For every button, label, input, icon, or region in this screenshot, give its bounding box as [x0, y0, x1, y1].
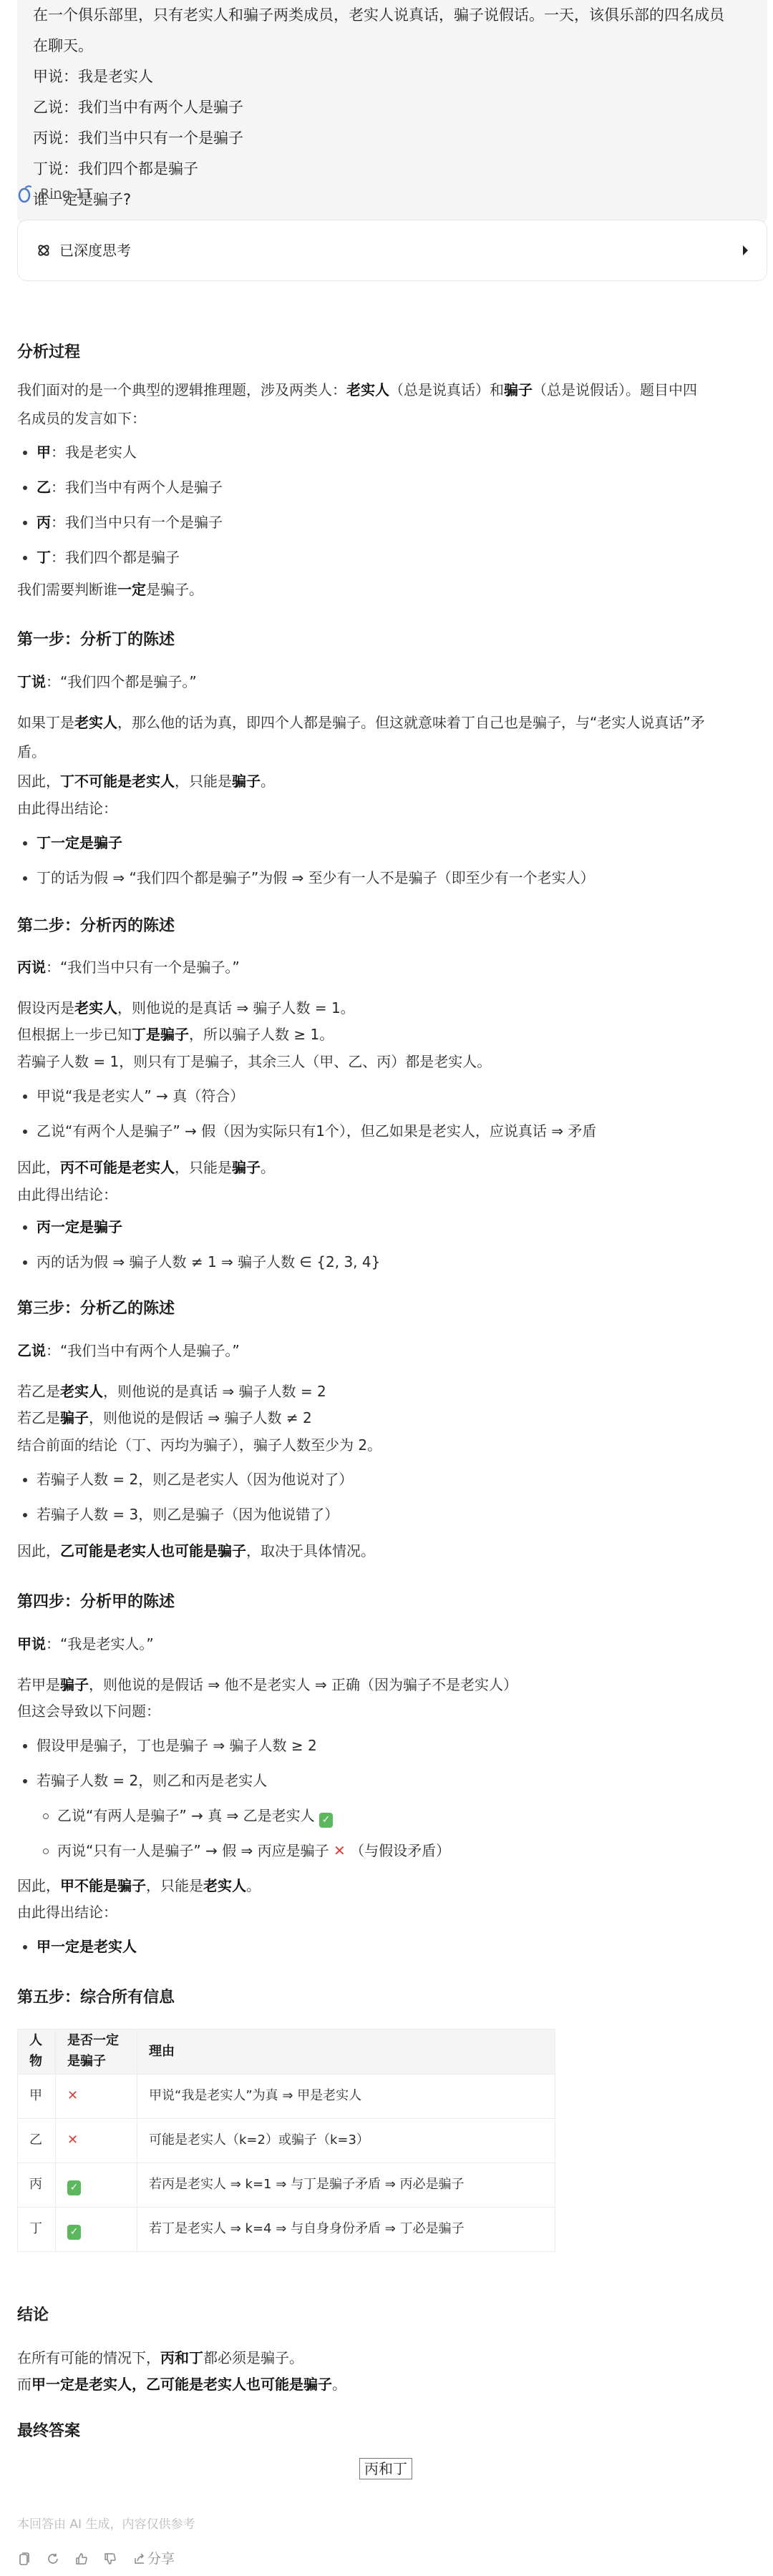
cell-person: 乙: [18, 2119, 56, 2163]
summary-table: 人物 是否一定是骗子 理由 甲 ✕ 甲说“我是老实人”为真 ⇒ 甲是老实人 乙 …: [17, 2029, 555, 2252]
table-row: 丙 ✓ 若丙是老实人 ⇒ k=1 ⇒ 与丁是骗子矛盾 ⇒ 丙必是骗子: [18, 2163, 555, 2208]
cross-mark-icon: ✕: [67, 2088, 78, 2103]
step2-line3: 若骗子人数 = 1，则只有丁是骗子，其余三人（甲、乙、丙）都是老实人。: [17, 1049, 491, 1075]
deep-thinking-toggle[interactable]: 已深度思考: [17, 220, 767, 281]
cell-mark: ✕: [56, 2119, 137, 2163]
list-item: 乙说“有两个人是骗子” → 假（因为实际只有1个），但乙如果是老实人，应说真话 …: [17, 1118, 596, 1145]
cell-person: 丁: [18, 2208, 56, 2252]
copy-icon: [19, 2552, 30, 2566]
cell-reason: 甲说“我是老实人”为真 ⇒ 甲是老实人: [137, 2075, 555, 2119]
user-message-line: 乙说：我们当中有两个人是骗子: [33, 92, 753, 123]
cross-mark-icon: ✕: [334, 1842, 346, 1859]
section-heading-step1: 第一步：分析丁的陈述: [17, 630, 175, 652]
step2-line2: 但根据上一步已知丁是骗子，所以骗子人数 ≥ 1。: [17, 1022, 334, 1048]
conclusion-line2: 而甲一定是老实人，乙可能是老实人也可能是骗子。: [17, 2371, 346, 2398]
share-icon: [133, 2552, 146, 2565]
regenerate-icon: [47, 2552, 59, 2565]
column-header: 是否一定是骗子: [56, 2029, 137, 2075]
deep-thinking-label: 已深度思考: [59, 239, 743, 262]
step3-line1: 若乙是老实人，则他说的是真话 ⇒ 骗子人数 = 2: [17, 1378, 326, 1405]
list-item: 丙的话为假 ⇒ 骗子人数 ≠ 1 ⇒ 骗子人数 ∈ {2, 3, 4}: [17, 1249, 380, 1275]
section-heading-step2: 第二步：分析丙的陈述: [17, 916, 175, 938]
user-message-bubble: 在一个俱乐部里，只有老实人和骗子两类成员，老实人说真话，骗子说假话。一天，该俱乐…: [17, 0, 767, 228]
analysis-intro: 我们面对的是一个典型的逻辑推理题，涉及两类人：老实人（总是说真话）和骗子（总是说…: [17, 377, 762, 403]
ai-disclaimer: 本回答由 AI 生成，内容仅供参考: [17, 2515, 195, 2535]
list-item: 乙说“有两人是骗子” → 真 ⇒ 乙是老实人 ✓: [17, 1803, 450, 1829]
thumbs-down-icon: [104, 2552, 117, 2565]
cell-mark: ✕: [56, 2075, 137, 2119]
step4-conclusion-label: 由此得出结论：: [17, 1899, 117, 1926]
cell-mark: ✓: [56, 2208, 137, 2252]
model-tag: Ring-1T: [17, 183, 92, 205]
user-message-line: 在一个俱乐部里，只有老实人和骗子两类成员，老实人说真话，骗子说假话。一天，该俱乐…: [33, 0, 753, 31]
check-mark-icon: ✓: [67, 2225, 81, 2240]
section-heading-step5: 第五步：综合所有信息: [17, 1987, 175, 2009]
list-item: 若骗子人数 = 3，则乙是骗子（因为他说错了）: [17, 1502, 353, 1528]
check-mark-icon: ✓: [67, 2180, 81, 2195]
user-message-line: 在聊天。: [33, 31, 753, 62]
user-message-line: 甲说：我是老实人: [33, 62, 753, 92]
cell-person: 丙: [18, 2163, 56, 2208]
cell-reason: 可能是老实人（k=2）或骗子（k=3）: [137, 2119, 555, 2163]
table-row: 乙 ✕ 可能是老实人（k=2）或骗子（k=3）: [18, 2119, 555, 2163]
step1-quote: 丁说：“我们四个都是骗子。”: [17, 669, 197, 695]
step2-conclusions: 丙一定是骗子 丙的话为假 ⇒ 骗子人数 ≠ 1 ⇒ 骗子人数 ∈ {2, 3, …: [17, 1214, 380, 1275]
copy-button[interactable]: [17, 2551, 31, 2567]
step4-conclusions: 甲一定是老实人: [17, 1934, 137, 1960]
list-item: 丁的话为假 ⇒ “我们四个都是骗子”为假 ⇒ 至少有一人不是骗子（即至少有一个老…: [17, 865, 595, 891]
step2-line1: 假设丙是老实人，则他说的是真话 ⇒ 骗子人数 = 1。: [17, 995, 355, 1022]
model-name: Ring-1T: [40, 183, 92, 205]
list-item: 甲一定是老实人: [17, 1934, 137, 1960]
step4-bullets: 假设甲是骗子，丁也是骗子 ⇒ 骗子人数 ≥ 2 若骗子人数 = 2，则乙和丙是老…: [17, 1733, 317, 1803]
list-item: 假设甲是骗子，丁也是骗子 ⇒ 骗子人数 ≥ 2: [17, 1733, 317, 1759]
step4-therefore: 因此，甲不能是骗子，只能是老实人。: [17, 1873, 261, 1899]
table-header-row: 人物 是否一定是骗子 理由: [18, 2029, 555, 2075]
section-heading-step3: 第三步：分析乙的陈述: [17, 1298, 175, 1321]
section-heading-conclusion: 结论: [17, 2305, 49, 2327]
step4-line2: 但这会导致以下问题：: [17, 1698, 160, 1725]
step3-line2: 若乙是骗子，则他说的是假话 ⇒ 骗子人数 ≠ 2: [17, 1405, 312, 1431]
step3-line3: 结合前面的结论（丁、丙均为骗子），骗子人数至少为 2。: [17, 1432, 381, 1459]
list-item: 丙一定是骗子: [17, 1214, 380, 1240]
section-heading-analysis: 分析过程: [17, 342, 80, 364]
ring-logo-icon: [17, 185, 33, 203]
cell-mark: ✓: [56, 2163, 137, 2208]
user-message-line: 丁说：我们四个都是骗子: [33, 154, 753, 185]
list-item: 乙：我们当中有两个人是骗子: [17, 474, 223, 501]
step4-sub-bullets: 乙说“有两人是骗子” → 真 ⇒ 乙是老实人 ✓ 丙说“只有一人是骗子” → 假…: [17, 1803, 450, 1864]
step2-quote: 丙说：“我们当中只有一个是骗子。”: [17, 954, 240, 981]
section-heading-step4: 第四步：分析甲的陈述: [17, 1592, 175, 1614]
list-item: 丁：我们四个都是骗子: [17, 544, 223, 571]
step1-conclusions: 丁一定是骗子 丁的话为假 ⇒ “我们四个都是骗子”为假 ⇒ 至少有一人不是骗子（…: [17, 830, 595, 891]
conclusion-line1: 在所有可能的情况下，丙和丁都必须是骗子。: [17, 2345, 303, 2371]
analysis-goal: 我们需要判断谁一定是骗子。: [17, 577, 203, 603]
thumbs-up-button[interactable]: [74, 2551, 89, 2567]
step3-quote: 乙说：“我们当中有两个人是骗子。”: [17, 1338, 240, 1364]
step4-line1: 若甲是骗子，则他说的是假话 ⇒ 他不是老实人 ⇒ 正确（因为骗子不是老实人）: [17, 1672, 517, 1698]
list-item: 若骗子人数 = 2，则乙和丙是老实人: [17, 1768, 317, 1794]
cell-reason: 若丁是老实人 ⇒ k=4 ⇒ 与自身身份矛盾 ⇒ 丁必是骗子: [137, 2208, 555, 2252]
table-row: 甲 ✕ 甲说“我是老实人”为真 ⇒ 甲是老实人: [18, 2075, 555, 2119]
share-label: 分享: [147, 2548, 175, 2570]
table-row: 丁 ✓ 若丁是老实人 ⇒ k=4 ⇒ 与自身身份矛盾 ⇒ 丁必是骗子: [18, 2208, 555, 2252]
step1-therefore: 因此，丁不可能是老实人，只能是骗子。: [17, 768, 275, 795]
regenerate-button[interactable]: [46, 2551, 60, 2567]
step2-bullets: 甲说“我是老实人” → 真（符合） 乙说“有两个人是骗子” → 假（因为实际只有…: [17, 1083, 596, 1145]
cross-mark-icon: ✕: [67, 2132, 78, 2148]
step1-reasoning: 如果丁是老实人，那么他的话为真，即四个人都是骗子。但这就意味着丁自己也是骗子，与…: [17, 710, 762, 736]
step4-quote: 甲说：“我是老实人。”: [17, 1631, 154, 1657]
list-item: 甲说“我是老实人” → 真（符合）: [17, 1083, 596, 1110]
user-message-line: 谁一定是骗子?: [33, 185, 753, 215]
share-button[interactable]: 分享: [133, 2548, 175, 2570]
step1-conclusion-label: 由此得出结论：: [17, 795, 117, 822]
step2-conclusion-label: 由此得出结论：: [17, 1182, 117, 1208]
column-header: 人物: [18, 2029, 56, 2075]
caret-right-icon[interactable]: [743, 245, 748, 255]
cell-reason: 若丙是老实人 ⇒ k=1 ⇒ 与丁是骗子矛盾 ⇒ 丙必是骗子: [137, 2163, 555, 2208]
statement-list: 甲：我是老实人 乙：我们当中有两个人是骗子 丙：我们当中只有一个是骗子 丁：我们…: [17, 439, 223, 571]
list-item: 丁一定是骗子: [17, 830, 595, 856]
section-heading-final: 最终答案: [17, 2421, 80, 2443]
step1-reasoning-cont: 盾。: [17, 739, 46, 765]
check-mark-icon: ✓: [319, 1813, 333, 1828]
cell-person: 甲: [18, 2075, 56, 2119]
step2-therefore: 因此，丙不可能是老实人，只能是骗子。: [17, 1155, 275, 1181]
message-actions: 分享: [17, 2548, 175, 2570]
list-item: 甲：我是老实人: [17, 439, 223, 466]
list-item: 丙：我们当中只有一个是骗子: [17, 509, 223, 536]
boxed-final-answer: 丙和丁: [359, 2458, 412, 2479]
analysis-intro-cont: 名成员的发言如下：: [17, 406, 146, 432]
list-item: 丙说“只有一人是骗子” → 假 ⇒ 丙应是骗子 ✕ （与假设矛盾）: [17, 1838, 450, 1864]
thumbs-down-button[interactable]: [103, 2551, 117, 2567]
thumbs-up-icon: [75, 2552, 88, 2565]
list-item: 若骗子人数 = 2，则乙是老实人（因为他说对了）: [17, 1466, 353, 1493]
atom-icon: [37, 243, 51, 258]
column-header: 理由: [137, 2029, 555, 2075]
step3-bullets: 若骗子人数 = 2，则乙是老实人（因为他说对了） 若骗子人数 = 3，则乙是骗子…: [17, 1466, 353, 1528]
user-message-line: 丙说：我们当中只有一个是骗子: [33, 123, 753, 154]
step3-therefore: 因此，乙可能是老实人也可能是骗子，取决于具体情况。: [17, 1538, 375, 1564]
